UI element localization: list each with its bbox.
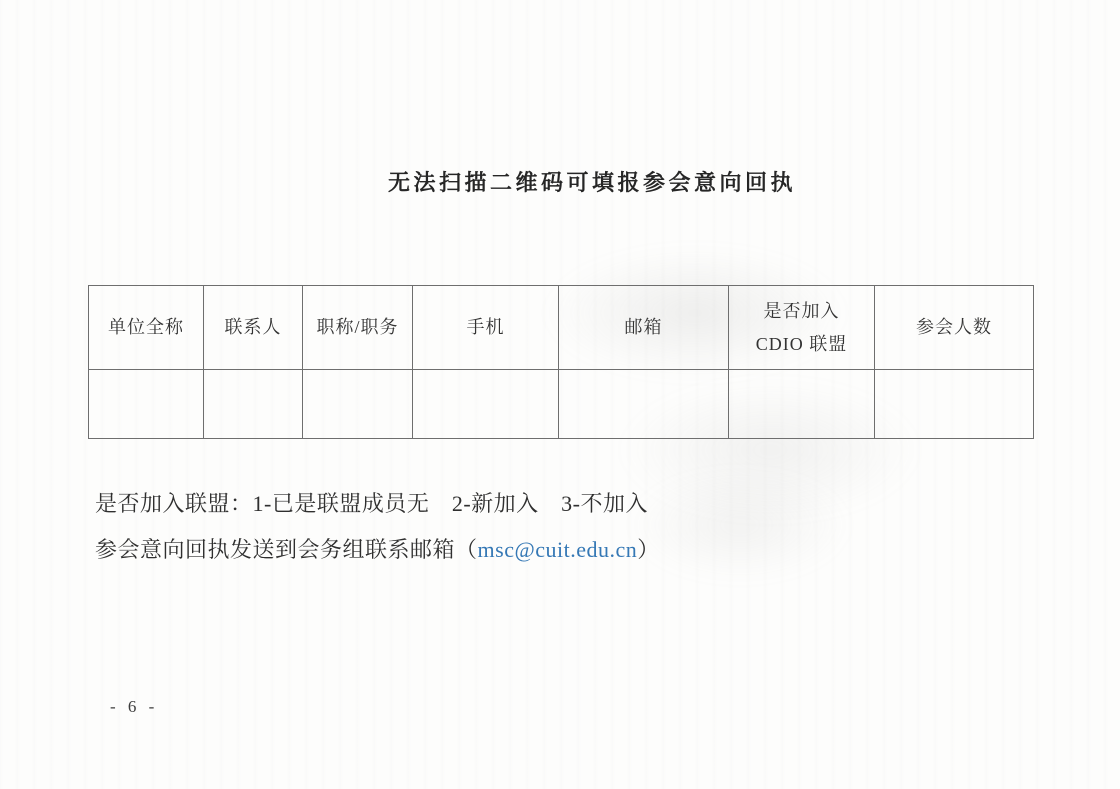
blank-cell-cdio-join: [729, 370, 875, 439]
header-cell-title-duty: 职称/职务: [303, 286, 413, 370]
contact-email-link[interactable]: msc@cuit.edu.cn: [478, 537, 638, 562]
header-cell-cdio-join: 是否加入 CDIO 联盟: [729, 286, 875, 370]
blank-cell-email: [559, 370, 729, 439]
header-cell-mobile: 手机: [413, 286, 559, 370]
blank-cell-attendee-count: [875, 370, 1034, 439]
scanned-document-page: 无法扫描二维码可填报参会意向回执 单位全称 联系人 职称/职务 手机 邮箱 是否…: [0, 0, 1120, 789]
notes-block: 是否加入联盟：1-已是联盟成员无 2-新加入 3-不加入 参会意向回执发送到会务…: [95, 481, 660, 573]
scan-artifact: [630, 470, 850, 580]
header-cell-email: 邮箱: [559, 286, 729, 370]
email-line-prefix: 参会意向回执发送到会务组联系邮箱（: [95, 537, 478, 562]
blank-cell-contact: [204, 370, 303, 439]
blank-cell-unit-name: [89, 370, 204, 439]
header-cell-unit-name: 单位全称: [89, 286, 204, 370]
header-cell-contact: 联系人: [204, 286, 303, 370]
page-title: 无法扫描二维码可填报参会意向回执: [388, 166, 796, 197]
email-instruction-line: 参会意向回执发送到会务组联系邮箱（msc@cuit.edu.cn）: [95, 527, 660, 573]
table-header-row: 单位全称 联系人 职称/职务 手机 邮箱 是否加入 CDIO 联盟 参会人数: [89, 286, 1034, 370]
page-number: - 6 -: [110, 697, 158, 717]
blank-cell-title-duty: [303, 370, 413, 439]
membership-options-line: 是否加入联盟：1-已是联盟成员无 2-新加入 3-不加入: [95, 481, 660, 527]
table-row: [89, 370, 1034, 439]
reply-form-table: 单位全称 联系人 职称/职务 手机 邮箱 是否加入 CDIO 联盟 参会人数: [88, 285, 1034, 439]
header-cell-attendee-count: 参会人数: [875, 286, 1034, 370]
blank-cell-mobile: [413, 370, 559, 439]
email-line-suffix: ）: [637, 537, 660, 562]
